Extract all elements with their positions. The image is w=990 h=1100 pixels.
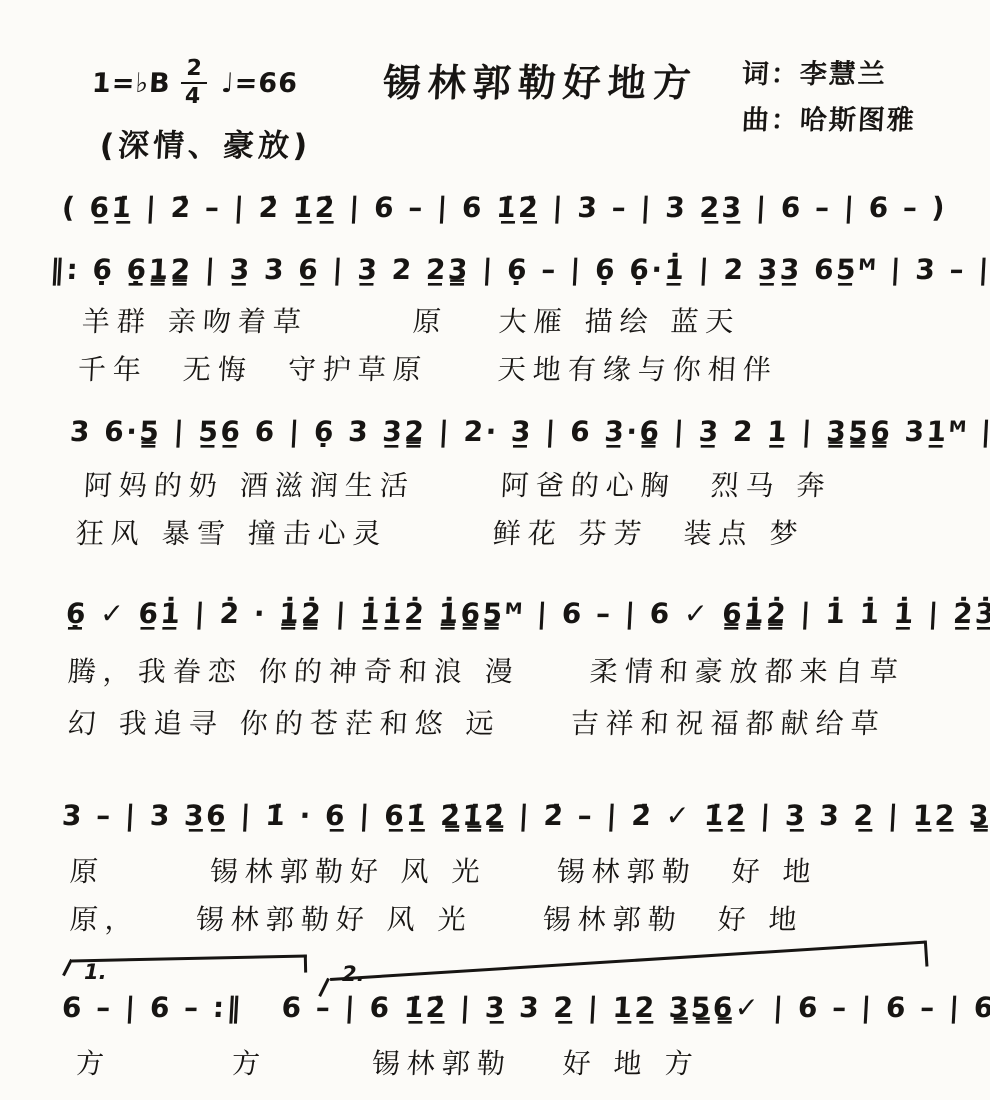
time-signature: 2 4 [179,58,208,108]
first-ending-bracket [72,955,307,978]
system-6-first-ending-notes: 6 – | 6 – :‖ [61,991,244,1024]
page-title: 锡林郭勒好地方 [382,52,700,107]
system-2-lyrics-verse-1: 羊群 亲吻着草 原 大雁 描绘 蓝天 [81,300,742,340]
tempo-marking: ♩=66 [220,68,299,99]
first-ending-label: 1. [84,960,107,984]
music-sheet-page: 1=♭B 2 4 ♩=66 (深情、豪放) 锡林郭勒好地方 词：李慧兰 曲：哈斯… [0,0,990,1100]
system-6-lyrics: 方 方 锡林郭勒 好 地 方 [75,1042,701,1082]
system-2-notation: ‖: 6̣ 6̣̲1̳2̳ | 3̲ 3 6̲ | 3̲ 2 2̲3̳ | 6̣… [49,252,990,287]
system-4-lyrics-verse-2: 幻 我追寻 你的苍茫和悠 远 吉祥和祝福都献给草 [67,702,887,742]
lyricist-credit: 词：李慧兰 [741,52,888,91]
system-4-notation: 6̣̲ ✓ 6̲1̲̇ | 2̇ · 1̳̇2̳̇ | 1̲̇1̲̇2̲̇ 1̳… [65,596,990,631]
second-ending-label: 2. [342,962,365,986]
system-3-lyrics-verse-1: 阿妈的奶 酒滋润生活 阿爸的心胸 烈马 奔 [83,464,833,504]
system-2-lyrics-verse-2: 千年 无悔 守护草原 天地有缘与你相伴 [77,348,779,388]
system-5-lyrics-verse-1: 原 锡林郭勒好 风 光 锡林郭勒 好 地 [69,850,819,890]
system-4-lyrics-verse-1: 腾，我眷恋 你的神奇和浪 漫 柔情和豪放都来自草 [67,650,906,690]
system-6-notation: 6 – | 6 – :‖ 6 – | 6 1̲̇2̲̇ | 3̲ 3 2̲ | … [61,990,990,1025]
intro-notation-line: ( 6̲1̲̇ | 2̇ – | 2̇ 1̲̇2̲̇ | 6 – | 6 1̲̇… [61,190,948,225]
system-5-lyrics-verse-2: 原， 锡林郭勒好 风 光 锡林郭勒 好 地 [69,898,805,938]
system-3-lyrics-verse-2: 狂风 暴雪 撞击心灵 鲜花 芬芳 装点 梦 [75,512,806,552]
key-signature: 1=♭B [91,68,171,99]
system-3-notation: 3 6·5̳ | 5̲6̲ 6 | 6̣ 3 3̲2̳ | 2· 3̲ | 6 … [69,414,990,449]
time-signature-numerator: 2 [181,58,209,82]
system-5-notation: 3 – | 3 3̲6̲ | 1̇ · 6̲ | 6̲1̲̇ 2̳̇1̳̇2̳̇… [61,798,990,833]
time-signature-denominator: 4 [179,82,207,108]
second-ending-bracket [330,941,926,991]
system-6-second-ending-notes: 6 – | 6 1̲̇2̲̇ | 3̲ 3 2̲ | 1̲2̲ 3̳5̳6̳✓ … [281,991,990,1024]
composer-credit: 曲：哈斯图雅 [741,98,917,137]
expression-marking: (深情、豪放) [99,120,313,165]
key-and-tempo: 1=♭B 2 4 ♩=66 [91,58,300,108]
